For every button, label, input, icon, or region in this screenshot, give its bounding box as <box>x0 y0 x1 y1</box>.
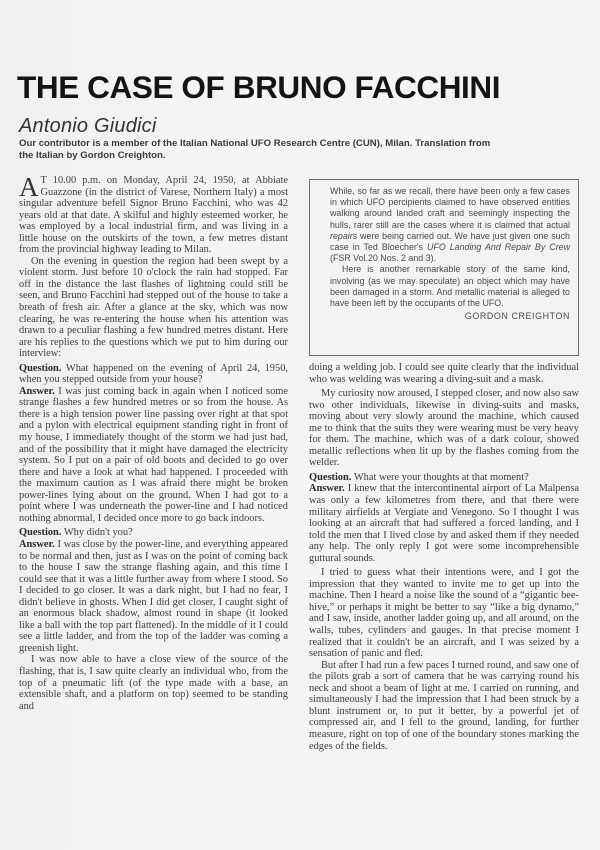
answer-label: Answer. <box>19 386 55 397</box>
article-author: Antonio Giudici <box>19 115 157 138</box>
paragraph: I tried to guess what their intentions w… <box>309 567 579 659</box>
opening-paragraph: AT 10.00 p.m. on Monday, April 24, 1950,… <box>19 175 288 256</box>
article-title: THE CASE OF BRUNO FACCHINI <box>17 69 500 106</box>
answer-paragraph: Answer. I was just coming back in again … <box>19 386 288 525</box>
paragraph: On the evening in question the region ha… <box>19 256 288 360</box>
question-paragraph: Question. Why didn't you? <box>19 527 288 539</box>
question-label: Question. <box>19 363 61 374</box>
editor-signature: GORDON CREIGHTON <box>330 311 570 322</box>
paragraph: I was now able to have a close view of t… <box>19 654 288 712</box>
question-label: Question. <box>309 472 351 483</box>
question-paragraph: Question. What were your thoughts at tha… <box>309 472 579 484</box>
answer-paragraph: Answer. I was close by the power-line, a… <box>19 539 288 654</box>
editor-note-paragraph: While, so far as we recall, there have b… <box>330 186 570 264</box>
paragraph: But after I had run a few paces I turned… <box>309 660 579 752</box>
editor-note-box: While, so far as we recall, there have b… <box>309 179 579 356</box>
editor-note-paragraph: Here is another remarkable story of the … <box>330 264 570 309</box>
answer-paragraph: Answer. I knew that the intercontinental… <box>309 483 579 564</box>
paragraph: doing a welding job. I could see quite c… <box>309 362 579 385</box>
question-paragraph: Question. What happened on the evening o… <box>19 363 288 386</box>
left-column: AT 10.00 p.m. on Monday, April 24, 1950,… <box>19 175 288 712</box>
paragraph: My curiosity now aroused, I stepped clos… <box>309 388 579 469</box>
contributor-intro: Our contributor is a member of the Itali… <box>19 138 499 161</box>
question-label: Question. <box>19 527 61 538</box>
drop-cap: A <box>19 176 39 198</box>
answer-label: Answer. <box>309 483 345 494</box>
answer-label: Answer. <box>19 539 55 550</box>
magazine-page: THE CASE OF BRUNO FACCHINI Antonio Giudi… <box>0 0 600 850</box>
right-column: doing a welding job. I could see quite c… <box>309 362 579 752</box>
